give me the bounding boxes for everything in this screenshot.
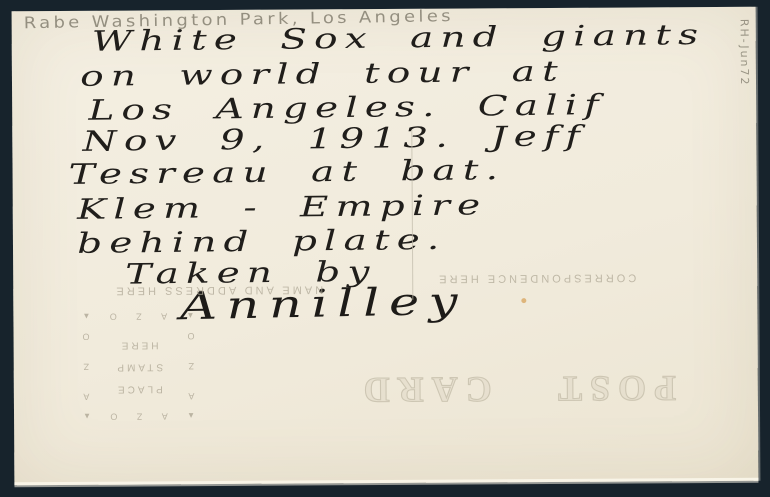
azo-letter: Z (137, 411, 143, 421)
stamp-box-word: STAMP (114, 355, 163, 377)
azo-letter: Z (136, 311, 142, 321)
handwriting-line: White Sox and giants (92, 18, 706, 58)
post-card-title: POST CARD (326, 367, 706, 411)
triangle-icon: ▲ (83, 412, 91, 421)
stamp-box-word: HERE (114, 333, 163, 355)
azo-letter: A (162, 411, 168, 421)
azo-letter: A (161, 311, 167, 321)
place-stamp-here-label: PLACE STAMP HERE (114, 333, 163, 399)
triangle-icon: ▲ (187, 412, 195, 421)
azo-border-middle: A Z O PLACE STAMP HERE A Z O (82, 321, 195, 412)
azo-letter: O (83, 332, 90, 342)
azo-letter: O (110, 312, 117, 322)
scanned-postcard-photo: Rabe Washington Park, Los Angeles RH-Jun… (0, 0, 770, 497)
azo-letter: Z (83, 362, 89, 372)
handwriting-line: Klem - Empire (77, 188, 488, 226)
foxing-spot (521, 298, 526, 303)
azo-border-col-left: A Z O (187, 321, 195, 411)
azo-border-row: ▲ A Z O ▲ (83, 411, 195, 422)
triangle-icon: ▲ (82, 312, 90, 321)
azo-stamp-box: ▲ A Z O ▲ A Z O PLACE STAMP HERE A (80, 309, 197, 424)
handwriting-line: on world tour at (80, 54, 565, 92)
handwriting-line: behind plate. (77, 223, 447, 260)
correspondence-here-label: CORRESPONDENCE HERE (423, 271, 649, 284)
azo-letter: A (188, 391, 194, 401)
postcard-back: Rabe Washington Park, Los Angeles RH-Jun… (12, 7, 759, 486)
handwriting-line: Nov 9, 1913. Jeff (82, 119, 587, 158)
name-address-here-label: NAME AND ADDRESS HERE (107, 283, 329, 296)
azo-letter: O (188, 331, 195, 341)
azo-letter: O (110, 412, 117, 422)
azo-letter: A (83, 392, 89, 402)
handwriting-line: Tesreau at bat. (68, 153, 505, 191)
azo-letter: Z (188, 361, 194, 371)
stamp-box-word: PLACE (114, 377, 163, 399)
azo-border-row: ▲ A Z O ▲ (82, 311, 194, 322)
azo-border-col-right: A Z O (82, 322, 90, 412)
triangle-icon: ▲ (186, 312, 194, 321)
